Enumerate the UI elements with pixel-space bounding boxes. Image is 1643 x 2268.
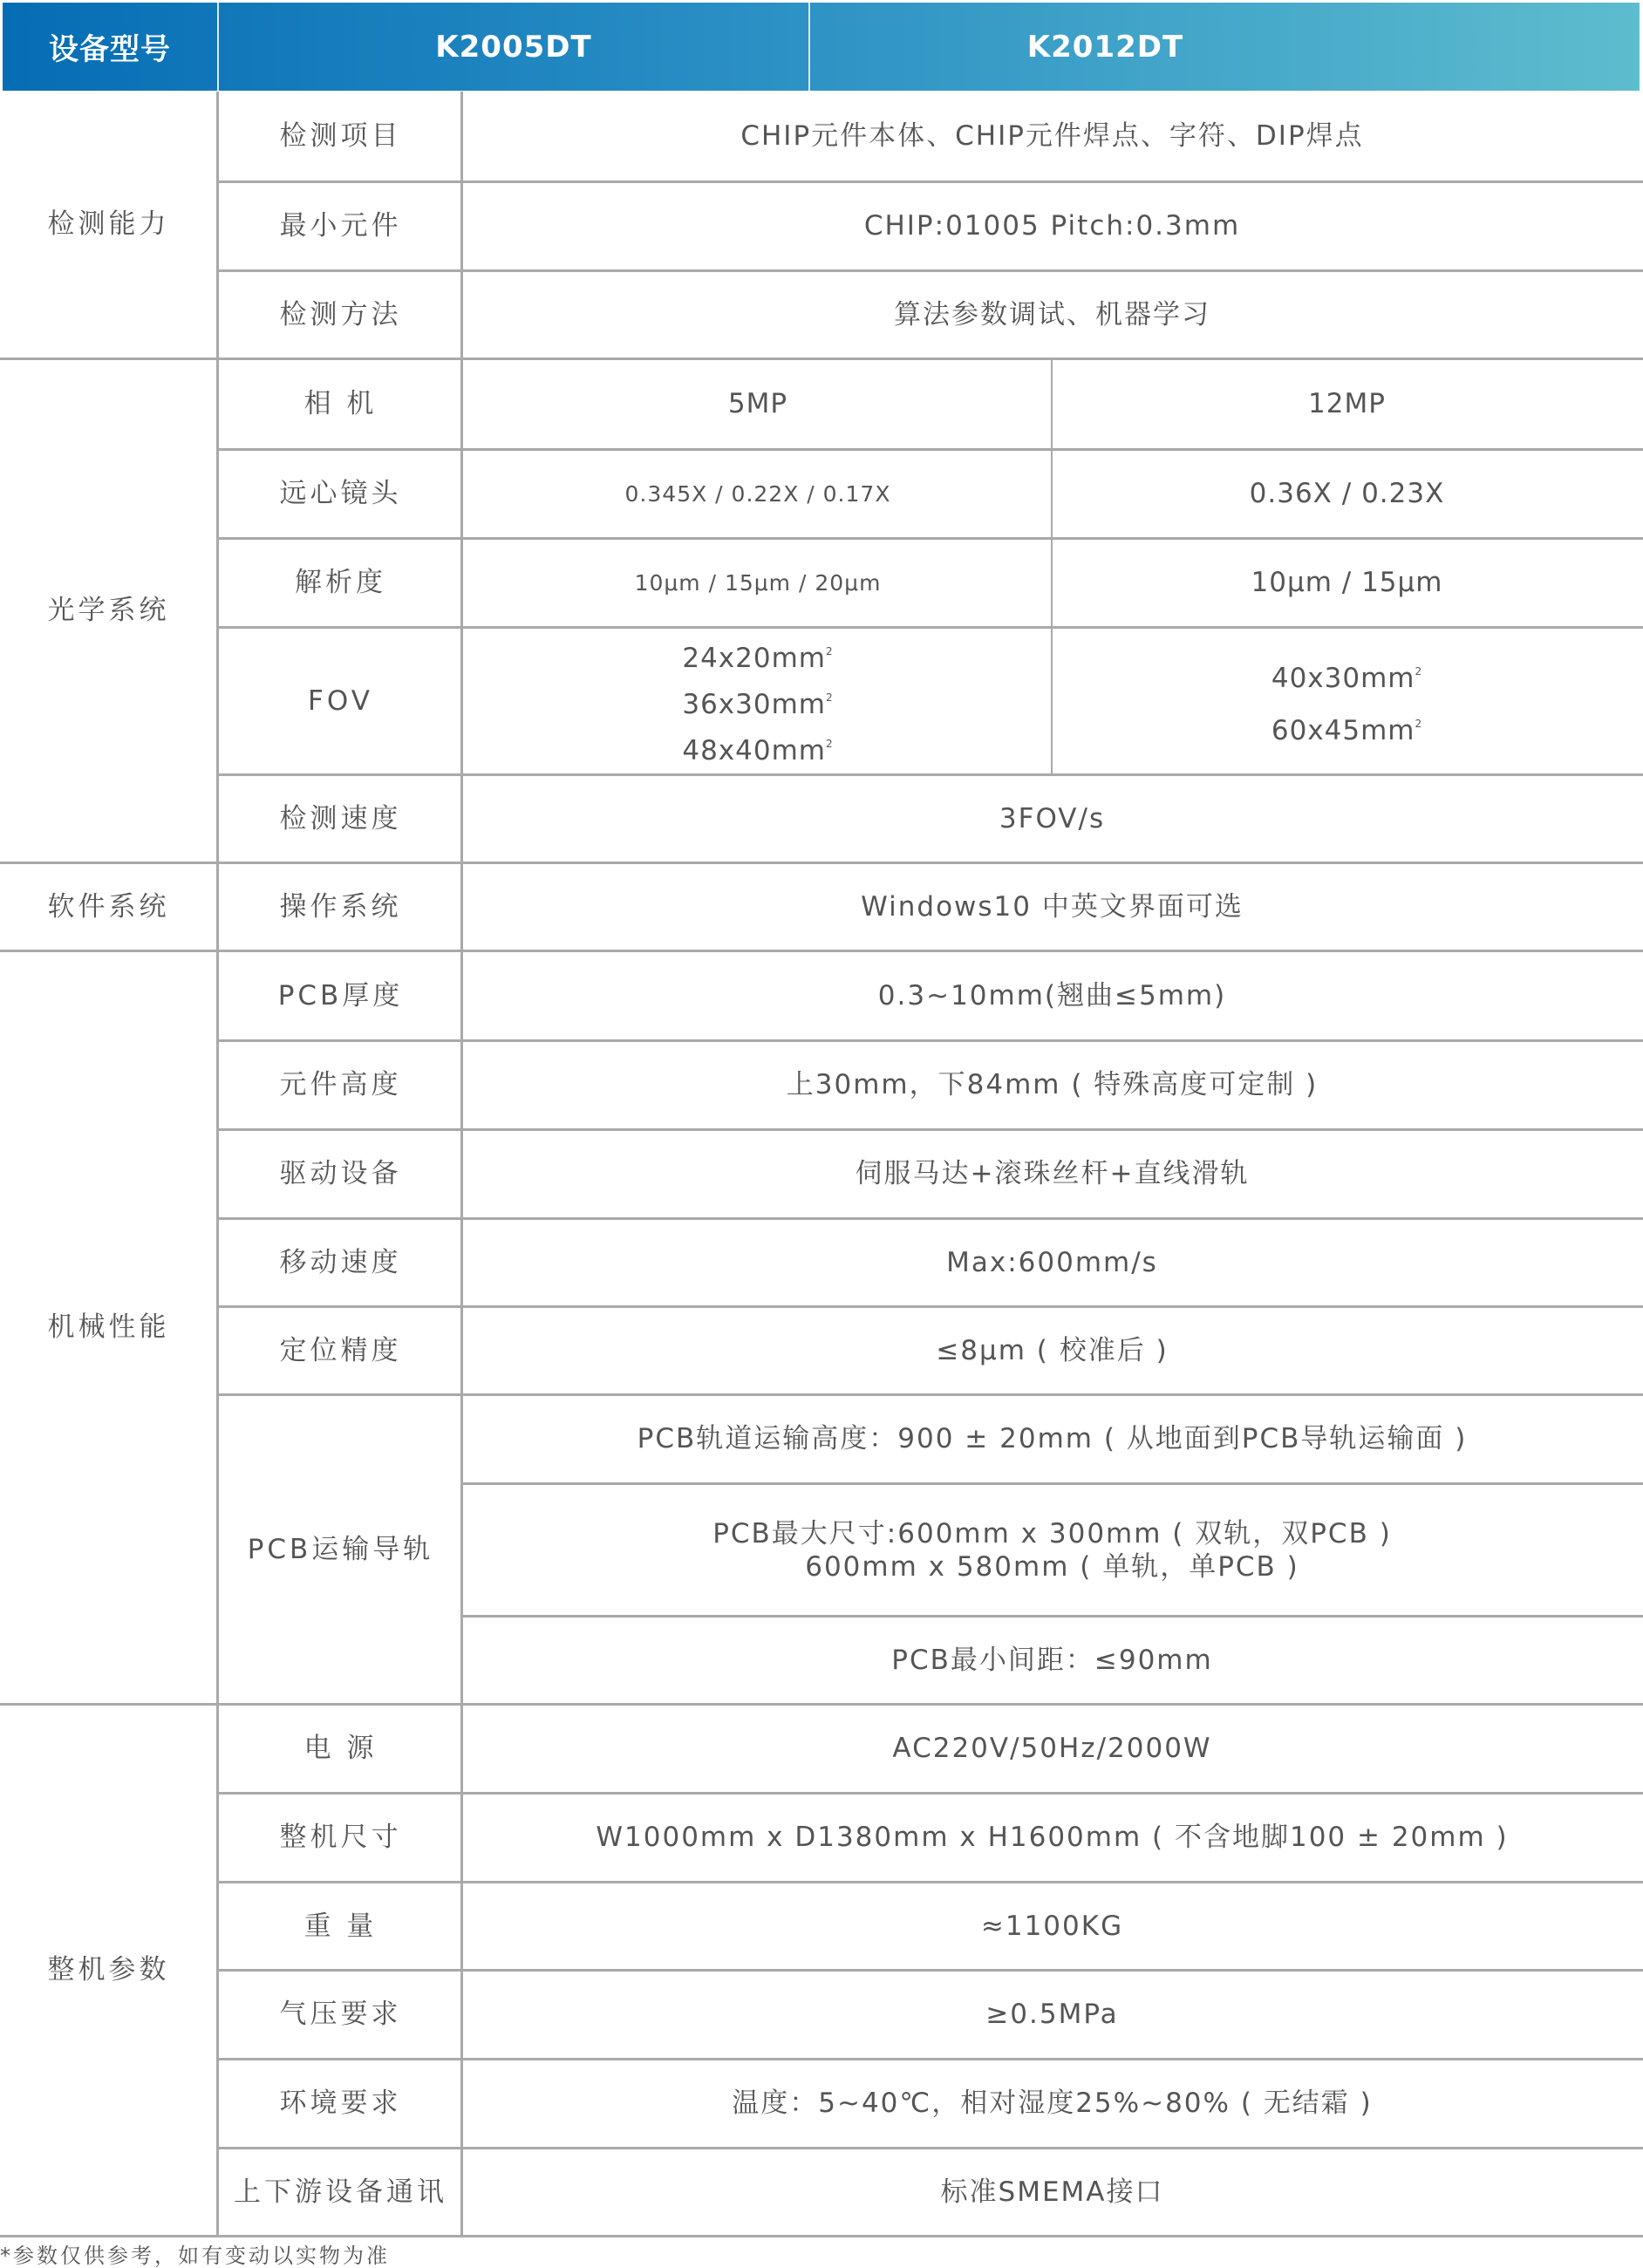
- item-label: 远心镜头: [220, 451, 461, 537]
- value-k2012dt: 10μm / 15μm: [1053, 540, 1640, 626]
- footnote: *参数仅供参考，如有变动以实物为准: [0, 2238, 390, 2268]
- item-value: 3FOV/s: [464, 776, 1640, 862]
- item-label: 检测方法: [220, 272, 461, 358]
- item-value: 标准SMEMA接口: [464, 2149, 1640, 2235]
- item-value: PCB最小间距：≤90mm: [464, 1618, 1640, 1703]
- item-value: 伺服马达+滚珠丝杆+直线滑轨: [464, 1131, 1640, 1217]
- value-k2012dt: 12MP: [1053, 360, 1640, 448]
- header-k2012dt-label: K2012DT: [1027, 30, 1183, 65]
- fov-option: 40x30mm2: [1271, 649, 1422, 701]
- item-value: PCB轨道运输高度：900 ± 20mm ( 从地面到PCB导轨运输面 ): [464, 1396, 1640, 1482]
- item-value: W1000mm x D1380mm x H1600mm ( 不含地脚100 ± …: [464, 1795, 1640, 1881]
- item-value: 温度：5~40℃，相对湿度25%~80% ( 无结霜 ): [464, 2060, 1640, 2147]
- item-label: 检测速度: [220, 776, 461, 862]
- item-label: FOV: [220, 629, 461, 773]
- category-machine: 整机参数: [0, 1706, 217, 2235]
- category-detection: 检测能力: [0, 92, 217, 358]
- item-label: 元件高度: [220, 1042, 461, 1128]
- fov-option: 36x30mm2: [682, 678, 833, 725]
- value-k2012dt-fov: 40x30mm2 60x45mm2: [1053, 629, 1640, 773]
- item-label: 环境要求: [220, 2060, 461, 2147]
- item-label: PCB厚度: [220, 952, 461, 1039]
- value-k2005dt-fov: 24x20mm2 36x30mm2 48x40mm2: [464, 629, 1052, 773]
- item-label: 检测项目: [220, 92, 461, 180]
- item-label: 解析度: [220, 540, 461, 626]
- item-value: ≤8μm ( 校准后 ): [464, 1308, 1640, 1393]
- category-software: 软件系统: [0, 864, 217, 950]
- item-label: 气压要求: [220, 1972, 461, 2058]
- item-label: 相 机: [220, 360, 461, 448]
- item-value: PCB最大尺寸:600mm x 300mm ( 双轨，双PCB ) 600mm …: [464, 1485, 1640, 1615]
- item-label: PCB运输导轨: [220, 1396, 461, 1703]
- item-label: 最小元件: [220, 183, 461, 269]
- header-k2005dt: K2005DT: [219, 3, 808, 91]
- item-value: ≈1100KG: [464, 1883, 1640, 1969]
- item-value: CHIP:01005 Pitch:0.3mm: [464, 183, 1640, 269]
- header-k2012dt: K2012DT: [810, 3, 1640, 91]
- item-value: Max:600mm/s: [464, 1220, 1640, 1305]
- item-value: AC220V/50Hz/2000W: [464, 1706, 1640, 1792]
- fov-option: 48x40mm2: [682, 725, 833, 771]
- item-label: 定位精度: [220, 1308, 461, 1393]
- item-value: CHIP元件本体、CHIP元件焊点、字符、DIP焊点: [464, 92, 1640, 180]
- item-label: 驱动设备: [220, 1131, 461, 1217]
- item-value: 算法参数调试、机器学习: [464, 272, 1640, 358]
- item-label: 上下游设备通讯: [220, 2149, 461, 2235]
- header-model-label: 设备型号: [3, 3, 217, 91]
- item-value: Windows10 中英文界面可选: [464, 864, 1640, 950]
- item-label: 电 源: [220, 1706, 461, 1792]
- fov-option: 24x20mm2: [682, 632, 833, 678]
- item-value: 上30mm，下84mm ( 特殊高度可定制 ): [464, 1042, 1640, 1128]
- item-label: 移动速度: [220, 1220, 461, 1305]
- item-label: 操作系统: [220, 864, 461, 950]
- category-optics: 光学系统: [0, 360, 217, 862]
- table-header: 设备型号 K2005DT K2012DT: [3, 3, 1640, 91]
- grid-hline-section: [0, 2235, 1643, 2237]
- fov-option: 60x45mm2: [1271, 701, 1422, 753]
- value-k2005dt: 5MP: [464, 360, 1052, 448]
- value-k2012dt: 0.36X / 0.23X: [1053, 451, 1640, 537]
- value-k2005dt: 10μm / 15μm / 20μm: [464, 540, 1052, 626]
- item-value: ≥0.5MPa: [464, 1972, 1640, 2058]
- value-k2005dt: 0.345X / 0.22X / 0.17X: [464, 451, 1052, 537]
- item-value: 0.3~10mm(翘曲≤5mm): [464, 952, 1640, 1039]
- item-label: 重 量: [220, 1883, 461, 1969]
- category-mechanical: 机械性能: [0, 952, 217, 1703]
- item-label: 整机尺寸: [220, 1795, 461, 1881]
